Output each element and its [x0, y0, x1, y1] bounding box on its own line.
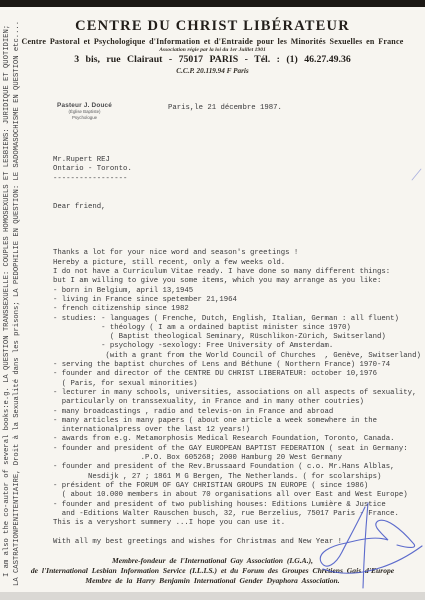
recipient-block: Mr.Rupert REJ Ontario - Toronto. -------…	[53, 156, 132, 184]
letterhead-association-line: Association régie par la loi du 1er Juil…	[0, 47, 425, 53]
sender-name: Pasteur J. Doucé	[57, 102, 112, 109]
footer-line-harry-benjamin: Membre de la Harry Benjamin Internationa…	[0, 576, 425, 586]
letterhead-ccp-line: C.C.P. 20.119.94 F Paris	[0, 67, 425, 75]
margin-note-books-2: LA CASTRATIONPENITENTIAIRE, Droit à la S…	[13, 21, 22, 586]
sender-role-psychologist: Psychologue	[57, 115, 112, 121]
letterhead-subtitle: Centre Pastoral et Psychologique d'Infor…	[0, 37, 425, 46]
footer-line-iga: Membre-fondeur de l'International Gay As…	[0, 556, 425, 566]
scanned-letter-page: { "letterhead": { "title": "CENTRE DU CH…	[0, 0, 425, 600]
margin-note-books-1: I am also the co-autor of several books:…	[3, 25, 12, 577]
dateline: Paris,le 21 décembre 1987.	[168, 104, 282, 113]
scan-edge-bottom	[0, 592, 425, 600]
scan-edge-top	[0, 0, 425, 7]
footer-memberships: Membre-fondeur de l'International Gay As…	[0, 556, 425, 586]
sender-block: Pasteur J. Doucé (Église Baptiste) Psych…	[57, 102, 112, 120]
letterhead-address-line: 3 bis, rue Clairaut - 75017 PARIS - Tél.…	[0, 54, 425, 65]
letterhead-title: CENTRE DU CHRIST LIBÉRATEUR	[0, 18, 425, 35]
footer-line-ilis: de l'International Lesbian Information S…	[0, 566, 425, 576]
letter-body: Dear friend, Thanks a lot for your nice …	[53, 203, 421, 547]
